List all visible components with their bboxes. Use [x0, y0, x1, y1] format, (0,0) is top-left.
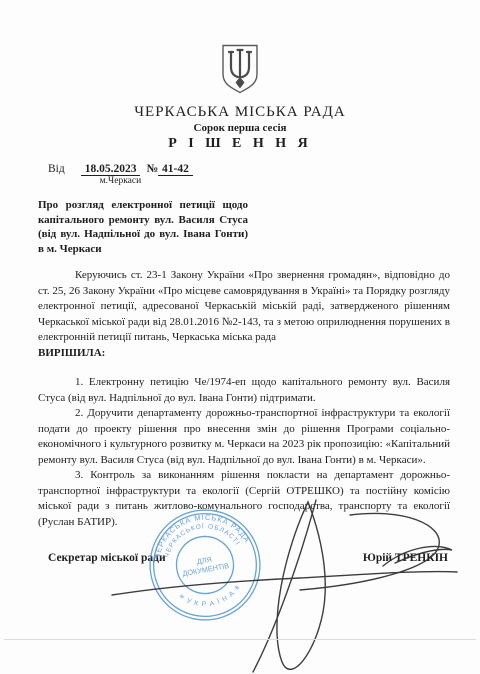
session-line: Сорок перша сесія [0, 122, 480, 134]
document-page: ЧЕРКАСЬКА МІСЬКА РАДА Сорок перша сесія … [0, 0, 480, 674]
doc-number: 41-42 [158, 163, 193, 176]
document-header: ЧЕРКАСЬКА МІСЬКА РАДА Сорок перша сесія … [0, 0, 480, 152]
signer-name: Юрій ТРЕНКІН [363, 552, 448, 564]
svg-text:✳ У К Р А Ї Н А ✳: ✳ У К Р А Ї Н А ✳ [176, 581, 245, 613]
stamp-bottom-text: ✳ У К Р А Ї Н А ✳ [176, 581, 245, 613]
resolved-label: ВИРІШИЛА: [38, 346, 450, 362]
scan-page-edge-line [4, 639, 476, 640]
resolution-item-3: 3. Контроль за виконанням рішення поклас… [38, 468, 450, 530]
preamble-paragraph: Керуючись ст. 23-1 Закону України «Про з… [38, 268, 450, 346]
org-title: ЧЕРКАСЬКА МІСЬКА РАДА [0, 104, 480, 121]
city-line: м.Черкаси [48, 176, 193, 186]
subject-block: Про розгляд електронної петиції щодо кап… [38, 198, 248, 256]
meta-row: Від18.05.2023№41-42 м.Черкаси [48, 163, 450, 186]
doc-number-sign: № [146, 163, 158, 175]
resolution-item-1: 1. Електронну петицію Че/1974-еп щодо ка… [38, 375, 450, 406]
signer-role: Секретар міської ради [48, 552, 166, 564]
resolution-item-2: 2. Доручити департаменту дорожньо-трансп… [38, 406, 450, 468]
from-label: Від [48, 163, 65, 175]
document-body: Керуючись ст. 23-1 Закону України «Про з… [38, 268, 450, 530]
trident-base [236, 77, 245, 89]
signature-row: Секретар міської ради Юрій ТРЕНКІН [0, 552, 480, 564]
resolution-items: 1. Електронну петицію Че/1974-еп щодо ка… [38, 375, 450, 530]
doc-date: 18.05.2023 [81, 163, 141, 176]
ukraine-trident-emblem-icon [220, 44, 260, 94]
doc-type-title: Р І Ш Е Н Н Я [0, 136, 480, 152]
